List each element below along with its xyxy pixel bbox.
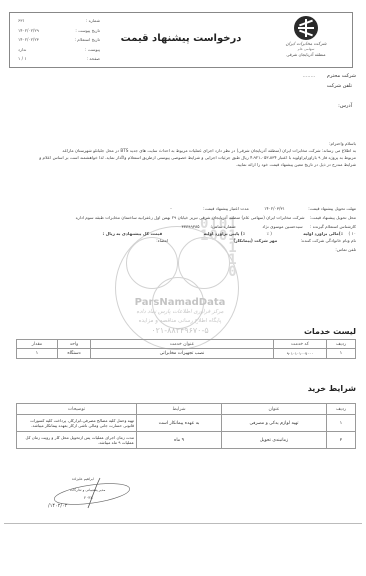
col-qty: مقدار	[17, 340, 58, 349]
meta-number: شماره : ۶۳۱	[18, 16, 100, 26]
cell-title: زمانبندی تحویل	[222, 432, 327, 449]
watermark-line-2: پایگاه اطلاع رسانی مناقصه و مزایده	[110, 318, 250, 324]
greeting: باسلام واحترام:	[329, 141, 356, 147]
deadline-value: ۱۴۰۲/۰۳/۳۱	[264, 206, 285, 211]
col-condition: شرایط	[137, 404, 222, 415]
recipient-address-label: آدرس:	[338, 103, 352, 110]
percentage-above: ٪)مالی براورد اولیه	[303, 231, 343, 236]
services-table: ردیف کد خدمت عنوان خدمت واحد مقدار ۱ ۹۰۱…	[16, 339, 356, 359]
meta-value: ندارد	[18, 47, 26, 52]
signature-label: امضاء:	[156, 238, 168, 243]
watermark-line-1: مرکز فراوری اطلاعات پارس نماد داده	[110, 309, 250, 315]
signature-date: ۱۴۰۲/۰۲/	[48, 504, 68, 510]
signer: نام ونام خانوادگی شرکت کننده: مهر شرکت (…	[156, 238, 356, 244]
expert-value: سیدحسین موسوی نژاد	[262, 224, 302, 229]
expert: کارشناس استعلام گیرنده : سیدحسین موسوی ن…	[182, 224, 356, 230]
col-row: ردیف	[327, 340, 356, 349]
recipient-company: شرکت محترم ........	[303, 73, 356, 80]
expert-label: کارشناس استعلام گیرنده :	[310, 224, 356, 229]
recipient-phone-label: تلفن شرکت	[327, 83, 352, 90]
meta-attach-date: تاریخ پیوست : ۱۴۰۲/۰۲/۲۹	[18, 26, 100, 36]
col-title: عنوان	[222, 404, 327, 415]
table-row: ۱ ۹۰۱۰۱۰۱۰۰۷۰۰۰ نصب تجهیزات مخابراتی دست…	[17, 349, 356, 359]
cell-description: تهیه وحمل کلیه مصالح مصرفی،ابزارکار، پرد…	[17, 415, 137, 432]
cell-unit: دستگاه	[58, 349, 91, 359]
table-row: ۱ تهیه لوازم یدکی و مصرفی به عهده پیمانک…	[17, 415, 356, 432]
org-sub: سهامی عام	[276, 47, 336, 51]
delivery-place: محل تحویل پیشنهاد قیمت: شرکت مخابرات ایر…	[6, 215, 356, 221]
recipient-company-value: ........	[303, 73, 316, 79]
validity-value: -	[170, 206, 172, 211]
cell-row: ۱	[327, 415, 356, 432]
meta-label: پیوست :	[85, 47, 100, 52]
cell-code: ۹۰۱۰۱۰۱۰۰۷۰۰۰	[274, 349, 327, 359]
percentage-c: ( ٪	[267, 231, 272, 236]
deadline-label: مهلت تحویل پیشنهاد قیمت:	[308, 206, 356, 211]
deadline: مهلت تحویل پیشنهاد قیمت: ۱۴۰۲/۰۳/۳۱ مدت …	[170, 206, 356, 212]
services-title: لیست خدمات	[304, 327, 356, 336]
meta-attachment: پیوست : ندارد	[18, 45, 100, 55]
watermark-brand: ParsNamadData	[110, 297, 250, 308]
col-unit: واحد	[58, 340, 91, 349]
place-label: محل تحویل پیشنهاد قیمت:	[310, 215, 356, 220]
footer-divider	[4, 523, 362, 524]
meta-inquiry-date: تاریخ استعلام : ۱۴۰۲/۰۲/۲۳	[18, 35, 100, 45]
col-description: توضیحات	[17, 404, 137, 415]
place-value: شرکت مخابرات ایران (سهامی عام) منطقه آذر…	[76, 215, 305, 220]
col-code: کد خدمت	[274, 340, 327, 349]
conditions-header-row: ردیف عنوان شرایط توضیحات	[17, 404, 356, 415]
cell-row: ۲	[327, 432, 356, 449]
percentage-below: ٪) پایین براورد اولیه	[204, 231, 246, 236]
conditions-title: شرایط خرید	[308, 384, 356, 393]
col-title: عنوان خدمت	[91, 340, 274, 349]
meta-value: ۱۴۰۲/۰۲/۲۳	[18, 37, 39, 42]
cell-title: نصب تجهیزات مخابراتی	[91, 349, 274, 359]
cell-row: ۱	[327, 349, 356, 359]
header-box: شرکت مخابرات ایران سهامی عام منطقه آذربا…	[9, 12, 353, 68]
body-line-3: شرایط مندرج در ذیل در تاریخ معین پیشنهاد…	[236, 162, 356, 168]
cell-title: تهیه لوازم یدکی و مصرفی	[222, 415, 327, 432]
validity-label: مدت اعتبار پیشنهاد قیمت:	[203, 206, 249, 211]
expert-phone-label: شماره تماس:	[211, 224, 235, 229]
expert-phone-value: ۳۳۳۹۹۳۸۵	[182, 224, 200, 229]
watermark-phone: ۰۲۱-۸۸۳۴۹۶۷۰-۵	[110, 326, 250, 335]
signer-title: مدیر پشتیبانی و تدارکات	[70, 488, 105, 494]
contact-phone-label: تلفن تماس:	[335, 247, 356, 253]
body-line-2: مربوط به پروژه فاز ۹ باراورایزاولویه با …	[6, 155, 356, 161]
meta-value: ۶۳۱	[18, 18, 25, 23]
watermark-digit-row: 0	[190, 266, 238, 278]
col-row: ردیف	[327, 404, 356, 415]
percentage-row: ۱۰ ) ٪)مالی براورد اولیه ( ٪ ٪) پایین بر…	[103, 231, 356, 237]
company-seal-label: مهر شرکت (پیمانکار)	[233, 238, 277, 243]
meta-label: صفحه :	[87, 56, 100, 61]
signature-number: ۲۰۳۸	[84, 495, 93, 501]
conditions-table: ردیف عنوان شرایط توضیحات ۱ تهیه لوازم ید…	[16, 403, 356, 449]
meta-label: شماره :	[86, 18, 100, 23]
cell-condition: به عهده پیمانکار است	[137, 415, 222, 432]
meta-label: تاریخ استعلام :	[75, 37, 100, 42]
cell-description: مدت زمان اجرای عملیات پس ازتحویل محل کار…	[17, 432, 137, 449]
meta-label: تاریخ پیوست :	[75, 28, 100, 33]
org-region: منطقه آذربایجان شرقی	[276, 52, 336, 57]
table-row: ۲ زمانبندی تحویل ۹ ماه مدت زمان اجرای عم…	[17, 432, 356, 449]
meta-value: ۱۴۰۲/۰۲/۲۹	[18, 28, 39, 33]
meta-value: ۱ / ۱	[18, 56, 27, 61]
cell-qty: ۱	[17, 349, 58, 359]
meta-page: صفحه : ۱ / ۱	[18, 54, 100, 64]
cell-condition: ۹ ماه	[137, 432, 222, 449]
total-price-label: قیمت کل پیشنهادی به ریال :	[103, 231, 163, 236]
recipient-company-label: شرکت محترم	[327, 73, 356, 79]
document-meta: شماره : ۶۳۱ تاریخ پیوست : ۱۴۰۲/۰۲/۲۹ تار…	[18, 16, 100, 64]
body-line-1: به اطلاع می رساند: شرکت مخابرات ایران (م…	[6, 148, 356, 154]
signature-stamp: ابراهیم علیزاده مدیر پشتیبانی و تدارکات …	[40, 474, 130, 518]
signer-label: نام ونام خانوادگی شرکت کننده:	[301, 238, 356, 243]
services-header-row: ردیف کد خدمت عنوان خدمت واحد مقدار	[17, 340, 356, 349]
percentage-a: ۱۰ )	[349, 231, 356, 236]
signer-name: ابراهیم علیزاده	[72, 477, 94, 483]
